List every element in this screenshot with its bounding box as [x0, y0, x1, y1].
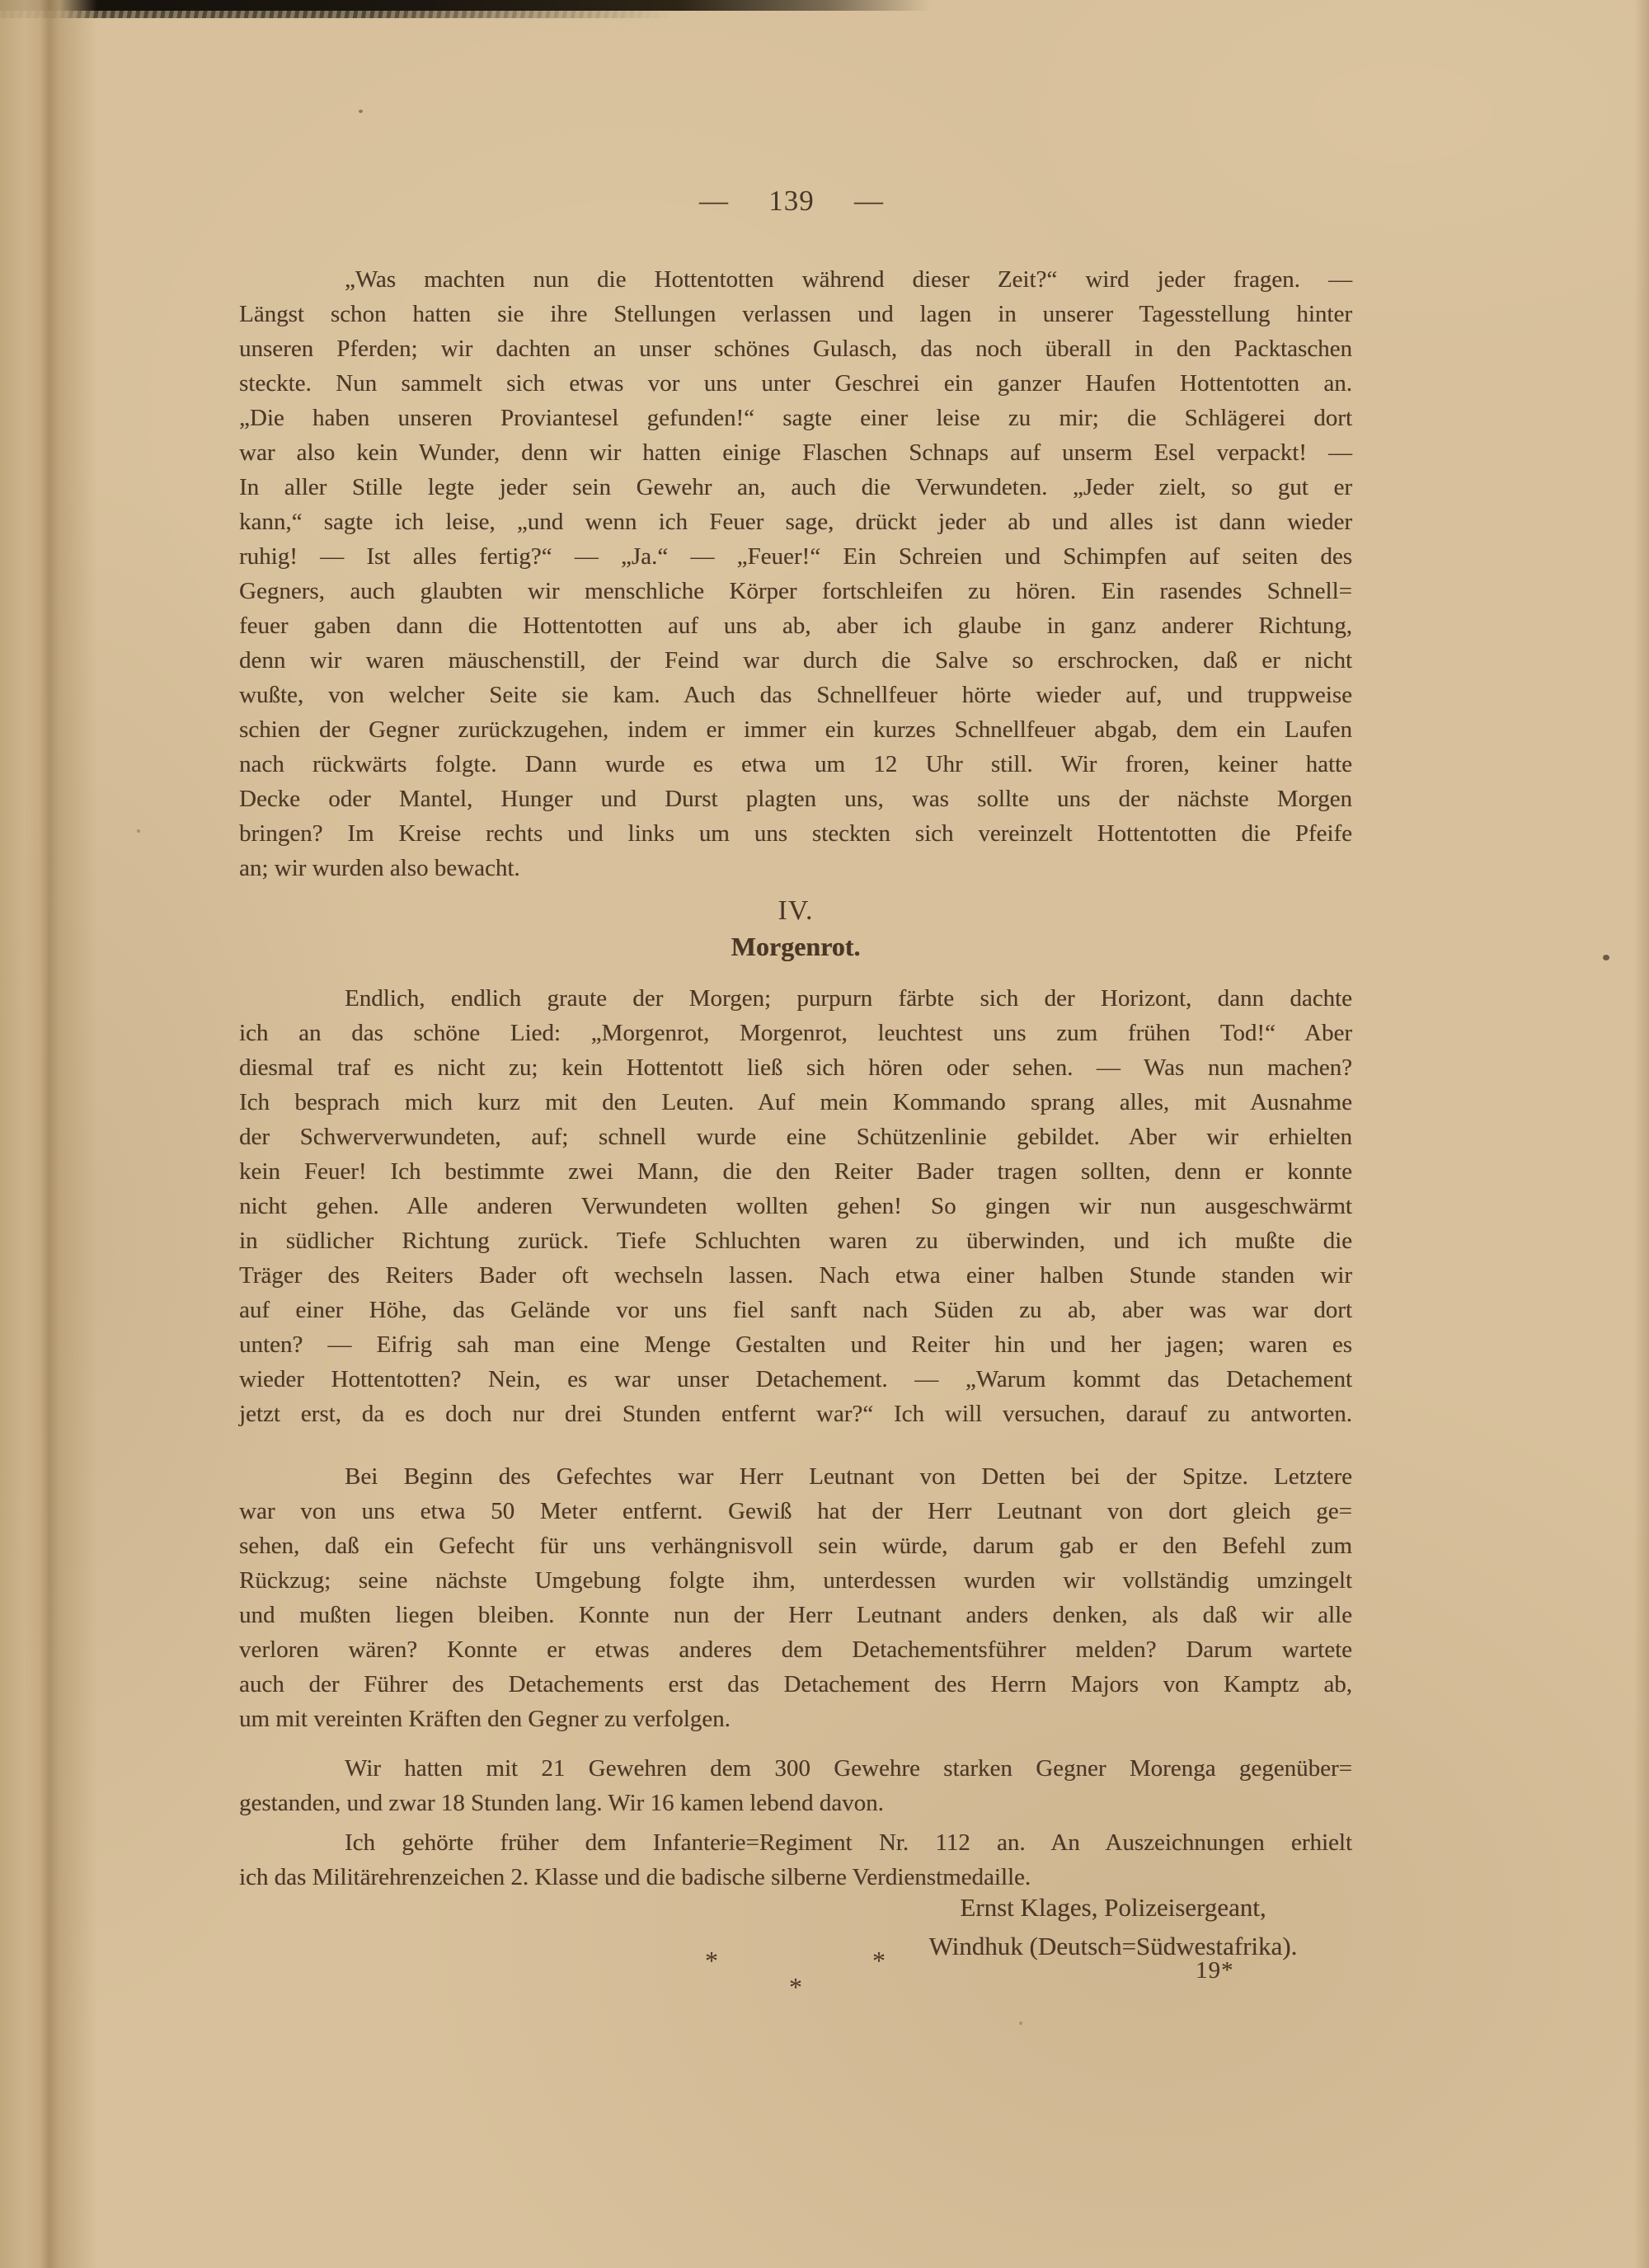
- text-line: Bei Beginn des Gefechtes war Herr Leutna…: [239, 1459, 1352, 1494]
- paper-speck: [1019, 2021, 1022, 2025]
- text-line: wieder Hottentotten? Nein, es war unser …: [239, 1362, 1352, 1397]
- separator-asterisk: *: [705, 1946, 718, 1976]
- text-line: In aller Stille legte jeder sein Gewehr …: [239, 470, 1352, 505]
- text-line: Gegners, auch glaubten wir menschliche K…: [239, 574, 1352, 608]
- text-line: auf einer Höhe, das Gelände vor uns fiel…: [239, 1293, 1352, 1327]
- separator-asterisk: *: [872, 1946, 886, 1976]
- paragraph-5: Ich gehörte früher dem Infanterie=Regime…: [239, 1825, 1352, 1895]
- author-signature: Ernst Klages, Polizeisergeant, Windhuk (…: [857, 1888, 1369, 1965]
- book-page-scan: — 139 — „Was machten nun die Hottentotte…: [0, 0, 1649, 2268]
- paper-speck: [359, 110, 363, 113]
- text-line: „Die haben unseren Proviantesel gefunden…: [239, 401, 1352, 435]
- text-line: nicht gehen. Alle anderen Verwundeten wo…: [239, 1189, 1352, 1223]
- text-line: der Schwerverwundeten, auf; schnell wurd…: [239, 1120, 1352, 1154]
- paragraph-4: Wir hatten mit 21 Gewehren dem 300 Geweh…: [239, 1751, 1352, 1820]
- text-line: unten? — Eifrig sah man eine Menge Gesta…: [239, 1327, 1352, 1362]
- text-line: und mußten liegen bleiben. Konnte nun de…: [239, 1598, 1352, 1632]
- paper-speck: [137, 829, 140, 833]
- page-header: — 139 —: [699, 185, 884, 218]
- header-dash-left: —: [699, 185, 729, 218]
- sheet-signature-mark: 19*: [1196, 1957, 1234, 1984]
- page-right-edge: [1634, 0, 1649, 2268]
- text-line: kein Feuer! Ich bestimmte zwei Mann, die…: [239, 1154, 1352, 1189]
- text-line: war also kein Wunder, denn wir hatten ei…: [239, 435, 1352, 470]
- text-line: ich an das schöne Lied: „Morgenrot, Morg…: [239, 1016, 1352, 1050]
- text-line: bringen? Im Kreise rechts und links um u…: [239, 816, 1352, 851]
- text-line: Träger des Reiters Bader oft wechseln la…: [239, 1258, 1352, 1293]
- text-line: kann,“ sagte ich leise, „und wenn ich Fe…: [239, 505, 1352, 539]
- text-line: um mit vereinten Kräften den Gegner zu v…: [239, 1702, 1352, 1736]
- text-line: Rückzug; seine nächste Umgebung folgte i…: [239, 1563, 1352, 1598]
- text-line: wußte, von welcher Seite sie kam. Auch d…: [239, 678, 1352, 712]
- chapter-number: IV.: [239, 895, 1352, 927]
- text-line: diesmal traf es nicht zu; kein Hottentot…: [239, 1050, 1352, 1085]
- text-line: auch der Führer des Detachements erst da…: [239, 1667, 1352, 1702]
- text-line: jetzt erst, da es doch nur drei Stunden …: [239, 1397, 1352, 1431]
- text-line: denn wir waren mäuschenstill, der Feind …: [239, 643, 1352, 678]
- text-line: Ich gehörte früher dem Infanterie=Regime…: [239, 1825, 1352, 1860]
- text-line: verloren wären? Konnte er etwas anderes …: [239, 1632, 1352, 1667]
- signature-place: Windhuk (Deutsch=Südwestafrika).: [857, 1927, 1369, 1965]
- chapter-title: Morgenrot.: [239, 932, 1352, 962]
- text-line: Längst schon hatten sie ihre Stellungen …: [239, 297, 1352, 331]
- paper-speck: [1603, 955, 1609, 960]
- paragraph-2: Endlich, endlich graute der Morgen; purp…: [239, 981, 1352, 1431]
- header-dash-right: —: [854, 185, 884, 218]
- text-line: schien der Gegner zurückzugehen, indem e…: [239, 712, 1352, 747]
- text-line: feuer gaben dann die Hottentotten auf un…: [239, 608, 1352, 643]
- text-line: war von uns etwa 50 Meter entfernt. Gewi…: [239, 1494, 1352, 1528]
- text-line: unseren Pferden; wir dachten an unser sc…: [239, 331, 1352, 366]
- text-line: ruhig! — Ist alles fertig?“ — „Ja.“ — „F…: [239, 539, 1352, 574]
- text-line: Ich besprach mich kurz mit den Leuten. A…: [239, 1085, 1352, 1120]
- paragraph-3: Bei Beginn des Gefechtes war Herr Leutna…: [239, 1459, 1352, 1736]
- binding-top-edge: [0, 0, 940, 11]
- text-line: steckte. Nun sammelt sich etwas vor uns …: [239, 366, 1352, 401]
- page-number: 139: [768, 185, 815, 218]
- gutter-shadow: [0, 0, 99, 2268]
- text-line: gestanden, und zwar 18 Stunden lang. Wir…: [239, 1786, 1352, 1820]
- text-line: Wir hatten mit 21 Gewehren dem 300 Geweh…: [239, 1751, 1352, 1786]
- text-line: „Was machten nun die Hottentotten währen…: [239, 262, 1352, 297]
- paragraph-1: „Was machten nun die Hottentotten währen…: [239, 262, 1352, 885]
- text-line: nach rückwärts folgte. Dann wurde es etw…: [239, 747, 1352, 782]
- separator-asterisk: *: [789, 1972, 802, 2003]
- text-line: Endlich, endlich graute der Morgen; purp…: [239, 981, 1352, 1016]
- text-line: Decke oder Mantel, Hunger und Durst plag…: [239, 782, 1352, 816]
- text-line: in südlicher Richtung zurück. Tiefe Schl…: [239, 1223, 1352, 1258]
- text-line: an; wir wurden also bewacht.: [239, 851, 1352, 885]
- text-line: sehen, daß ein Gefecht für uns verhängni…: [239, 1528, 1352, 1563]
- signature-name: Ernst Klages, Polizeisergeant,: [857, 1888, 1369, 1927]
